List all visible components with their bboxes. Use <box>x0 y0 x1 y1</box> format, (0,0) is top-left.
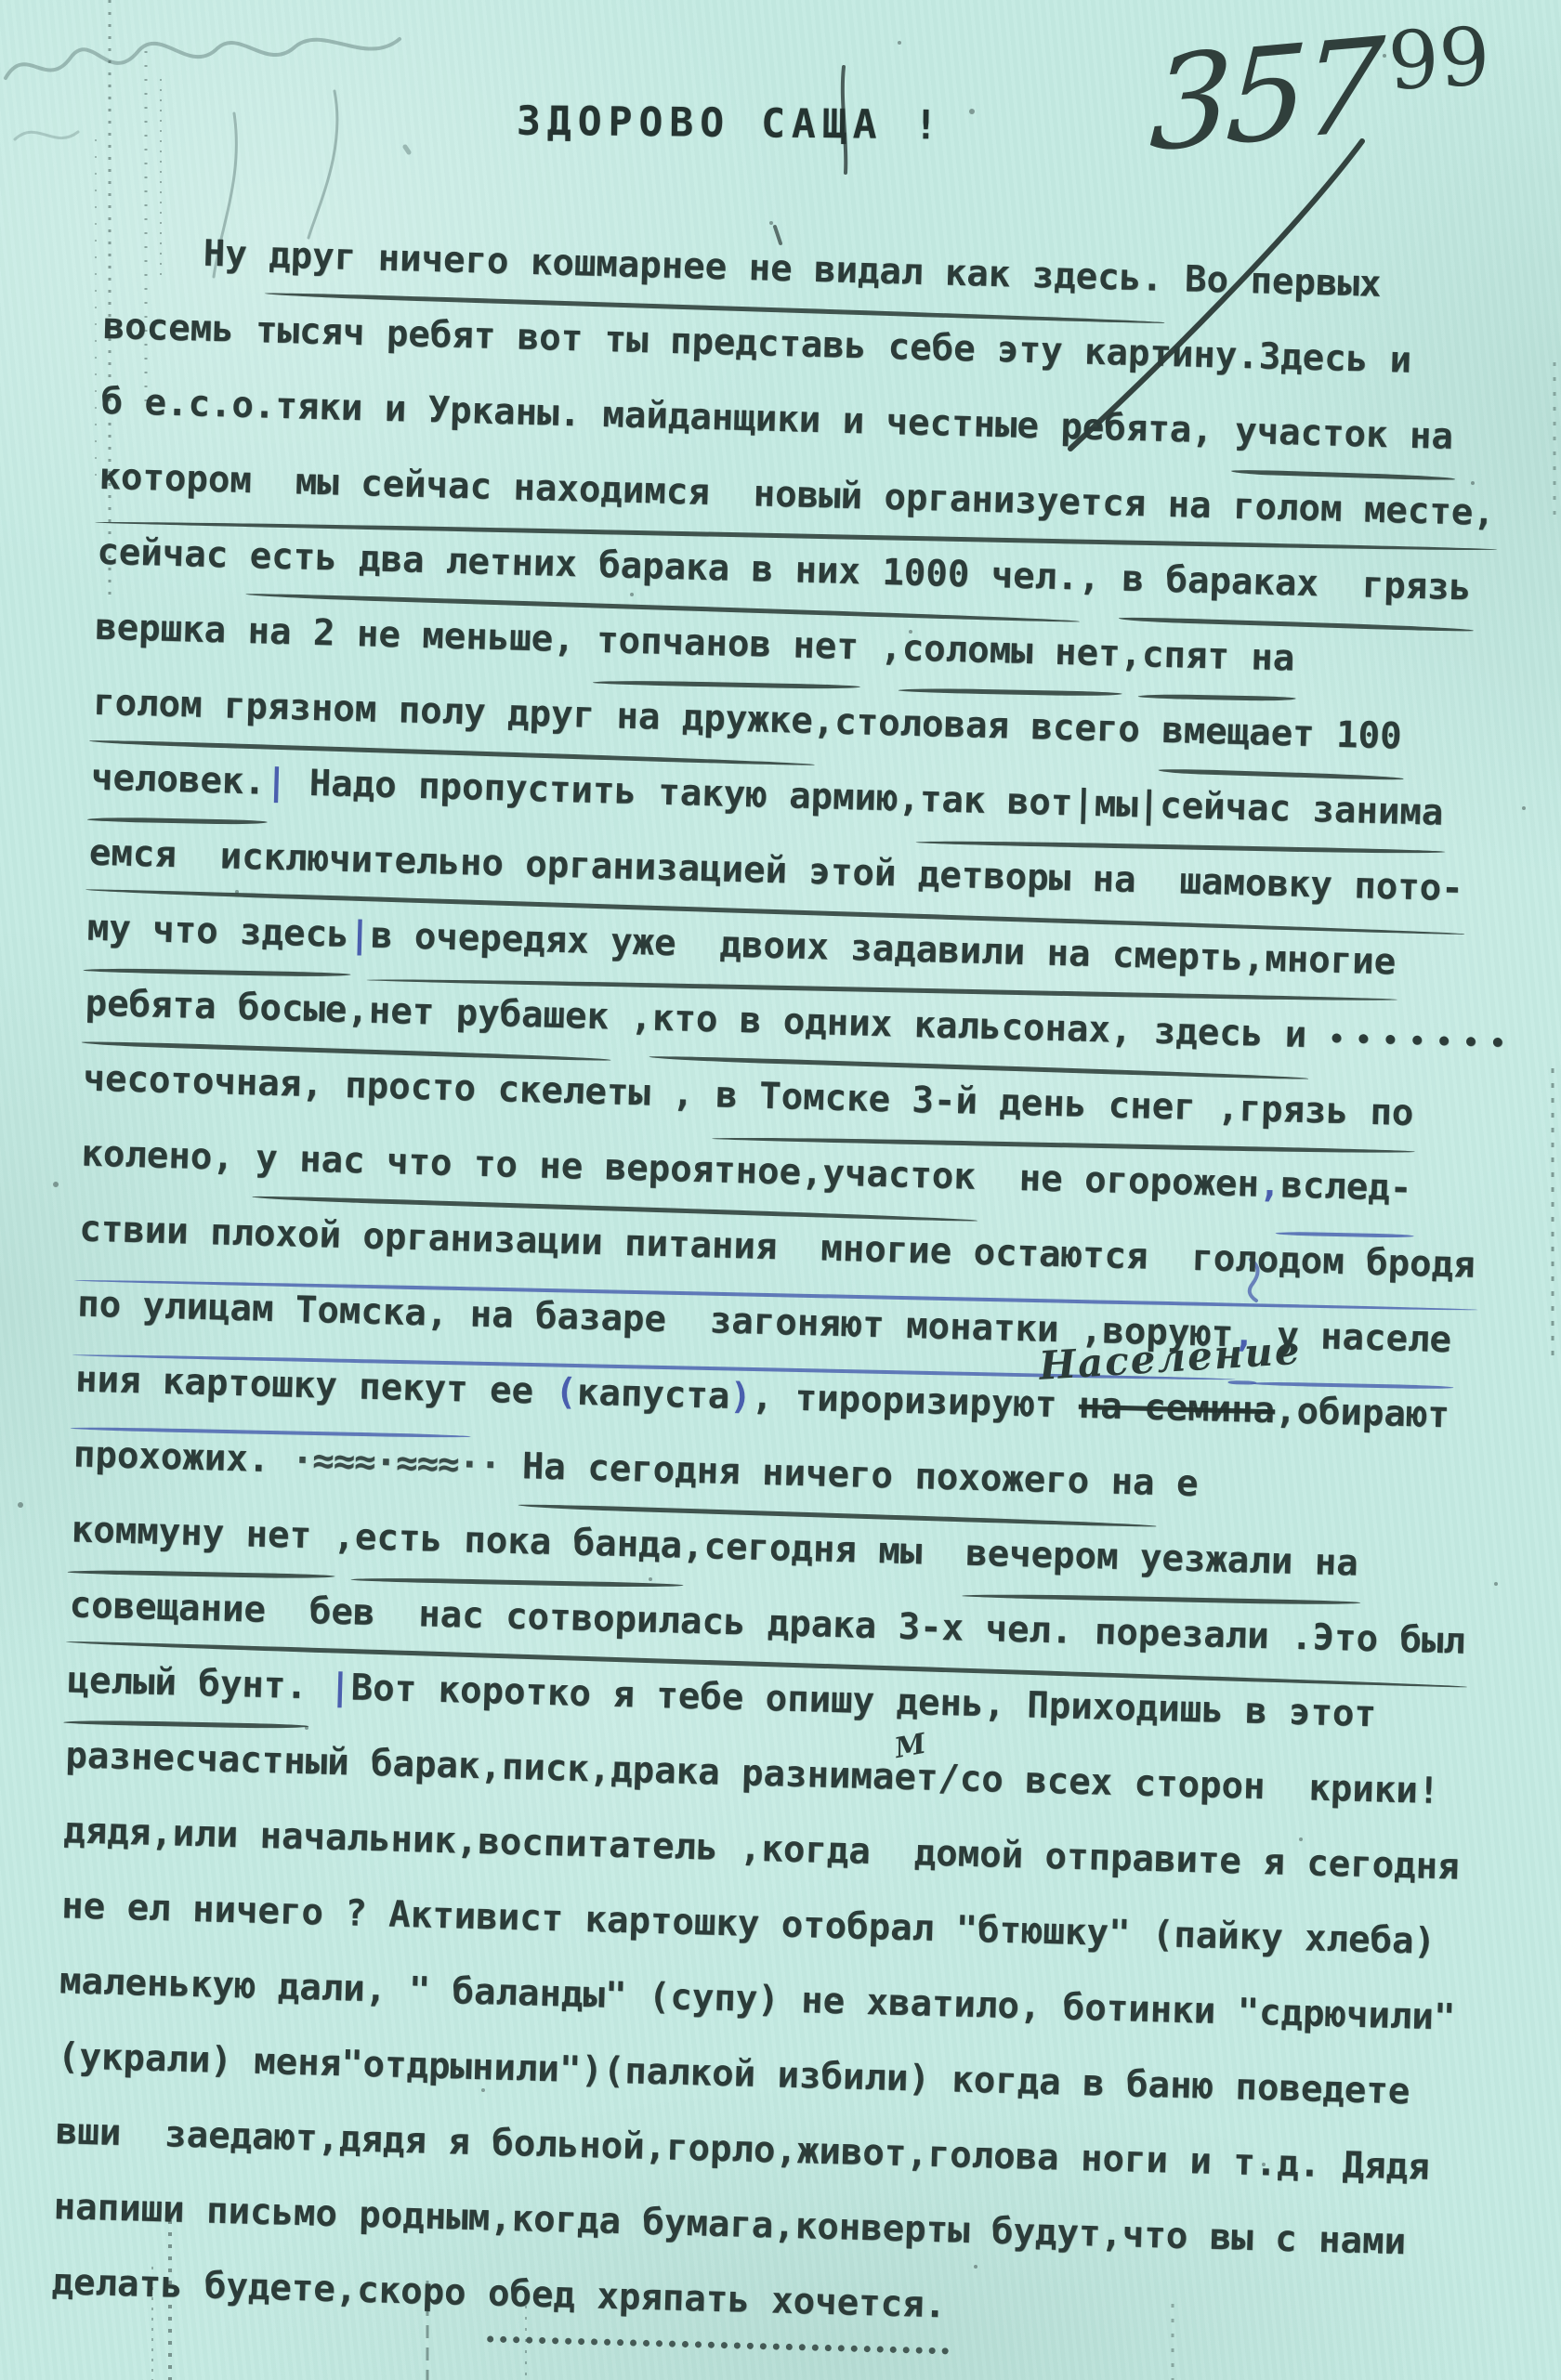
text-segment: делать будете,скоро <box>51 2244 490 2331</box>
text-segment: ( <box>554 1354 578 1431</box>
text-segment: , <box>1119 617 1143 693</box>
text-segment: так вот|мы|сейчас занима <box>919 762 1444 851</box>
text-segment: ния картошку пекут <box>74 1341 469 1427</box>
letter-title: ЗДОРОВО САЩА ! <box>517 98 945 150</box>
text-segment: Ну <box>203 216 270 294</box>
text-segment <box>1305 998 1330 1074</box>
text-segment: не огорожен <box>975 1140 1260 1223</box>
text-segment: ) <box>728 1359 753 1435</box>
text-segment: участок на <box>1234 394 1454 475</box>
text-segment: вслед- <box>1279 1147 1412 1226</box>
text-segment: му что здесь <box>86 891 350 973</box>
text-segment <box>499 1428 523 1504</box>
text-segment: , <box>332 1499 356 1576</box>
handwritten-annotation: Население <box>1037 1313 1304 1404</box>
text-segment: ,сегодня мы <box>681 1509 966 1591</box>
text-segment: ,обирают <box>1274 1373 1450 1453</box>
text-segment: целый бунт. <box>67 1642 308 1724</box>
text-segment <box>307 1649 331 1725</box>
text-segment: человек. <box>90 740 267 820</box>
text-segment: | <box>265 745 289 821</box>
text-segment: , тироризируют <box>751 1360 1080 1444</box>
text-segment: на семинаНаселение <box>1078 1368 1276 1449</box>
text-segment: вершка на 2 не меньше, <box>94 590 597 678</box>
text-segment: етМ <box>893 1740 938 1816</box>
text-segment: спят на <box>1141 617 1295 696</box>
text-segment: в бараках грязь <box>1122 542 1473 626</box>
text-segment: , <box>608 979 653 1055</box>
text-segment: , <box>1078 540 1123 616</box>
text-segment: сейчас <box>96 515 250 594</box>
text-segment: вмещает 100 <box>1161 693 1402 775</box>
text-segment: ,столовая всего <box>812 684 1163 768</box>
text-segment: вечером уезжали на <box>964 1516 1359 1602</box>
text-segment: , <box>1258 1147 1282 1223</box>
text-segment: капуста <box>576 1355 730 1434</box>
text-segment: коммуну нет <box>71 1492 334 1574</box>
text-segment: | <box>348 897 372 974</box>
text-segment: Во первых <box>1162 242 1383 322</box>
text-segment: ее <box>467 1353 557 1430</box>
page-number: 99 <box>1385 10 1492 109</box>
handwritten-archive-number: 357 <box>1147 10 1382 181</box>
text-segment: | <box>328 1650 352 1726</box>
text-segment: /со всех сторон крики! <box>937 1741 1440 1829</box>
text-segment: топчанов нет <box>596 603 859 685</box>
text-segment: колено, <box>80 1117 256 1197</box>
text-segment: ·≈≈≈·≈≈≈·· <box>291 1423 502 1504</box>
text-segment: прохожих. <box>72 1417 293 1497</box>
text-segment: , <box>858 609 903 686</box>
text-segment: ребята босые,нет рубашек <box>85 966 610 1055</box>
text-segment: обед хряпать хочется. <box>487 2256 947 2343</box>
text-segment: е <box>1154 1445 1200 1522</box>
letter-body: Ну друг ничего кошмарнее не видал как зд… <box>51 214 1561 2358</box>
text-segment: соломы нет <box>901 610 1122 691</box>
paper: ЗДОРОВО САЩА ! 357 99 Ну друг ничего кош… <box>0 0 1561 2380</box>
text-segment: ••••••• <box>1327 1001 1516 1081</box>
text-segment: есть пока банда <box>354 1499 683 1583</box>
